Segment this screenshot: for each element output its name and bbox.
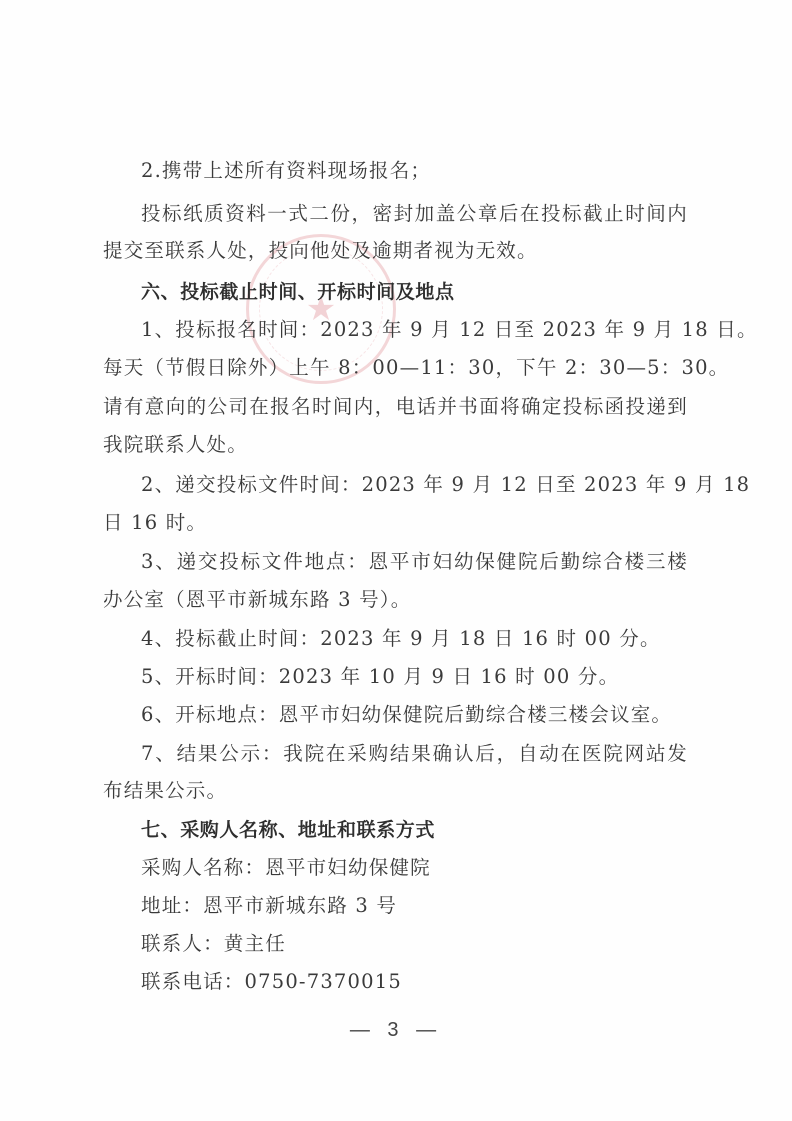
paragraph-line: 提交至联系人处，投向他处及逾期者视为无效。 [103,238,688,264]
purchaser-address: 地址：恩平市新城东路 3 号 [141,893,688,919]
section-heading-seven: 七、采购人名称、地址和联系方式 [141,817,688,843]
paragraph-line: 投标纸质资料一式二份，密封加盖公章后在投标截止时间内 [141,201,688,227]
section-heading-six: 六、投标截止时间、开标时间及地点 [141,279,688,305]
paragraph-line: 2.携带上述所有资料现场报名； [141,158,688,184]
paragraph-line: 每天（节假日除外）上午 8：00—11：30，下午 2：30—5：30。 [103,355,688,381]
contact-phone: 联系电话：0750-7370015 [141,969,688,995]
contact-person: 联系人：黄主任 [141,931,688,957]
paragraph-line: 布结果公示。 [103,778,688,804]
paragraph-line: 4、投标截止时间：2023 年 9 月 18 日 16 时 00 分。 [141,626,688,652]
paragraph-line: 3、递交投标文件地点：恩平市妇幼保健院后勤综合楼三楼 [141,549,688,575]
paragraph-line: 办公室（恩平市新城东路 3 号）。 [103,587,688,613]
paragraph-line: 请有意向的公司在报名时间内，电话并书面将确定投标函投递到 [103,394,688,420]
document-page: ★ 2.携带上述所有资料现场报名； 投标纸质资料一式二份，密封加盖公章后在投标截… [0,0,792,1121]
paragraph-line: 7、结果公示：我院在采购结果确认后，自动在医院网站发 [141,741,688,767]
paragraph-line: 5、开标时间：2023 年 10 月 9 日 16 时 00 分。 [141,664,688,690]
paragraph-line: 日 16 时。 [103,510,688,536]
page-number: — 3 — [0,1019,792,1042]
paragraph-line: 2、递交投标文件时间：2023 年 9 月 12 日至 2023 年 9 月 1… [141,472,688,498]
paragraph-line: 我院联系人处。 [103,432,688,458]
purchaser-name: 采购人名称：恩平市妇幼保健院 [141,855,688,881]
paragraph-line: 6、开标地点：恩平市妇幼保健院后勤综合楼三楼会议室。 [141,702,688,728]
paragraph-line: 1、投标报名时间：2023 年 9 月 12 日至 2023 年 9 月 18 … [141,317,688,343]
